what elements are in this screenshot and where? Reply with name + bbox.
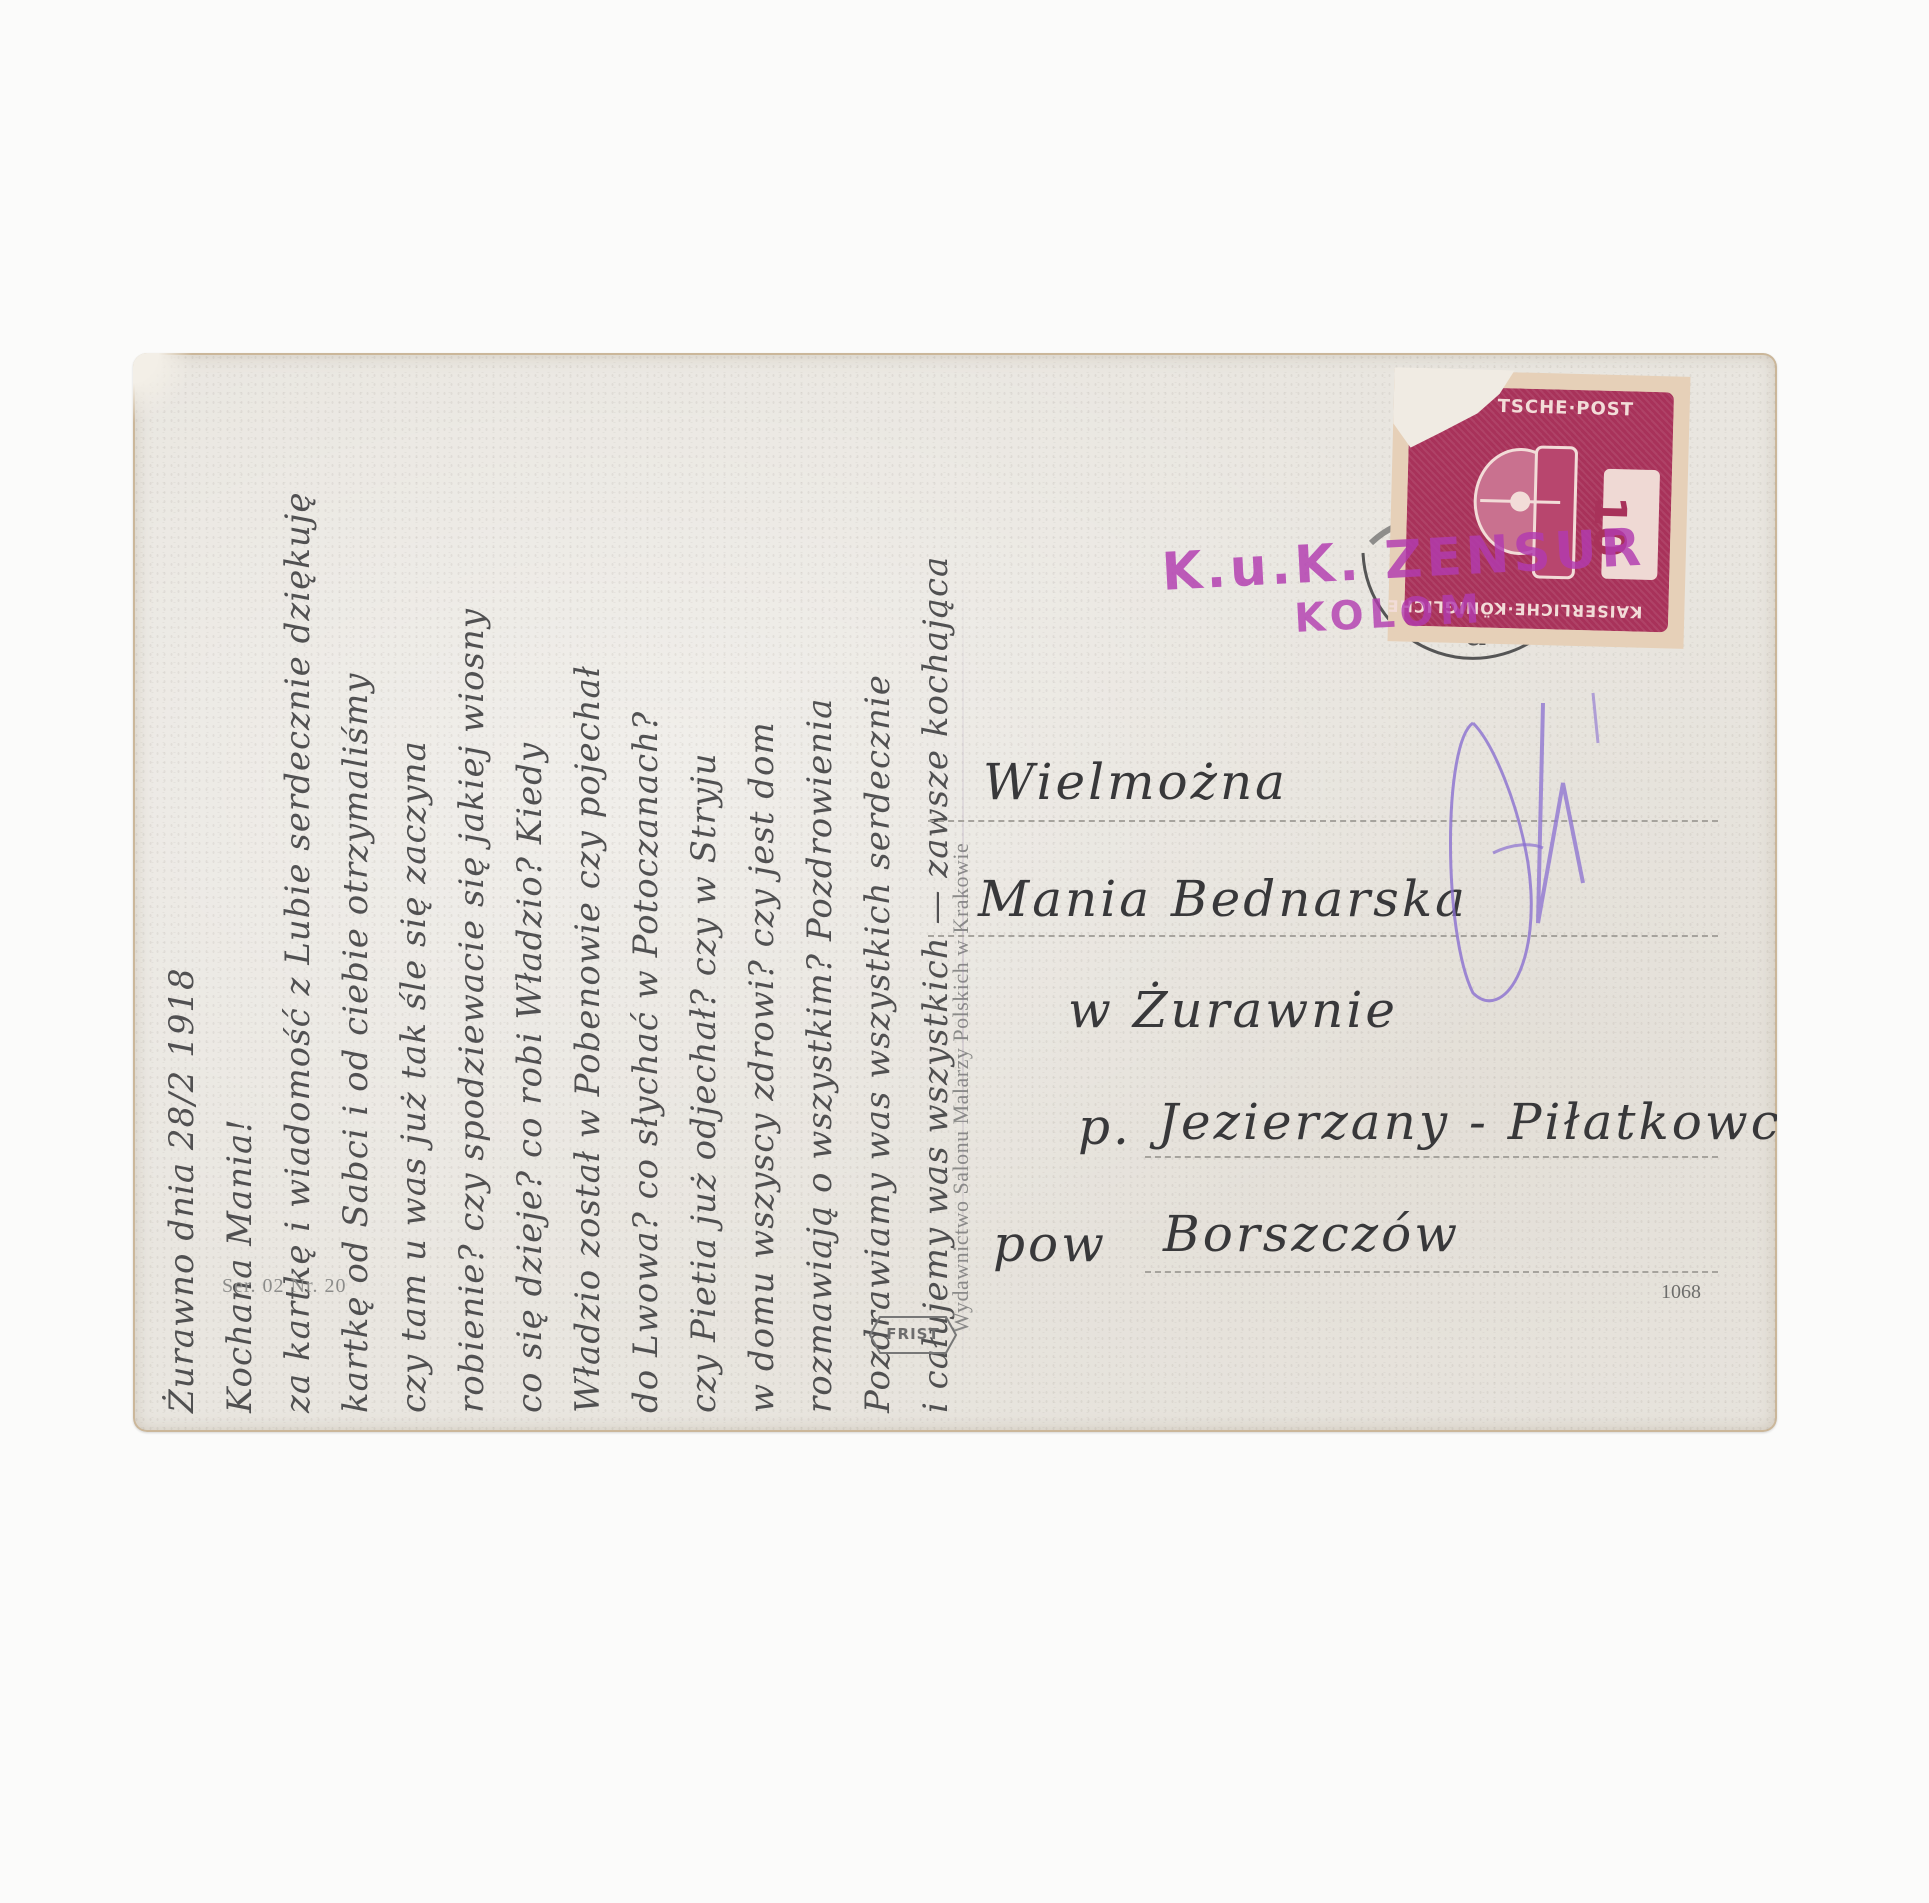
- message-line: Kochana Mania!: [211, 373, 269, 1413]
- address-town: w Żurawnie: [1068, 981, 1398, 1039]
- address-district-prefix: pow: [993, 1215, 1107, 1273]
- series-number: Ser. 02 Nr. 20: [222, 1275, 347, 1298]
- message-line: za kartkę i wiadomość z Lubie serdecznie…: [269, 373, 327, 1413]
- stamp-top-text: TSCHE·POST: [1497, 396, 1634, 421]
- censor-stamp: K.u.K. ZENSUR KOLOM: [1160, 527, 1465, 653]
- message-line: czy Pietia już odjechał? czy w Stryju: [675, 373, 733, 1413]
- address-post-office: Jezierzany - Piłatkowce: [1158, 1093, 1777, 1151]
- message-line: co się dzieje? co robi Władzio? Kiedy: [501, 373, 559, 1413]
- message-line: robienie? czy spodziewacie się jakiej wi…: [443, 373, 501, 1413]
- message-line: Żurawno dnia 28/2 1918: [153, 373, 211, 1413]
- message-line: kartkę od Sabci i od ciebie otrzymaliśmy: [327, 373, 385, 1413]
- publisher-text: Wydawnictwo Salonu Malarzy Polskich w Kr…: [948, 843, 974, 1333]
- pencil-initials-icon: [1433, 683, 1613, 1013]
- censor-line-2: KOLOM: [1293, 586, 1486, 642]
- card-number: 1068: [1661, 1281, 1701, 1304]
- address-line-4: [1145, 1156, 1718, 1158]
- message-line: do Lwowa? co słychać w Potoczanach?: [617, 373, 675, 1413]
- address-salutation: Wielmożna: [983, 753, 1288, 811]
- printer-mark: FRIST: [868, 1315, 958, 1355]
- message-line: Władzio został w Pobenowie czy pojechał: [559, 373, 617, 1413]
- address-recipient: Mania Bednarska: [978, 870, 1468, 928]
- address-district: Borszczów: [1163, 1205, 1460, 1263]
- card-divider: [962, 553, 964, 1413]
- message-lines: Żurawno dnia 28/2 1918Kochana Mania!za k…: [153, 373, 963, 1413]
- postcard: Żurawno dnia 28/2 1918Kochana Mania!za k…: [133, 353, 1777, 1432]
- message-line: rozmawiają o wszystkim? Pozdrowienia: [791, 373, 849, 1413]
- address-post-prefix: p.: [1078, 1098, 1132, 1156]
- handwritten-message: Żurawno dnia 28/2 1918Kochana Mania!za k…: [143, 363, 973, 1423]
- message-line: Pozdrawiamy was wszystkich serdecznie: [849, 373, 907, 1413]
- address-line-5: [1145, 1271, 1718, 1273]
- message-line: w domu wszyscy zdrowi? czy jest dom: [733, 373, 791, 1413]
- printer-mark-text: FRIST: [868, 1325, 958, 1343]
- message-line: czy tam u was już tak śle się zaczyna: [385, 373, 443, 1413]
